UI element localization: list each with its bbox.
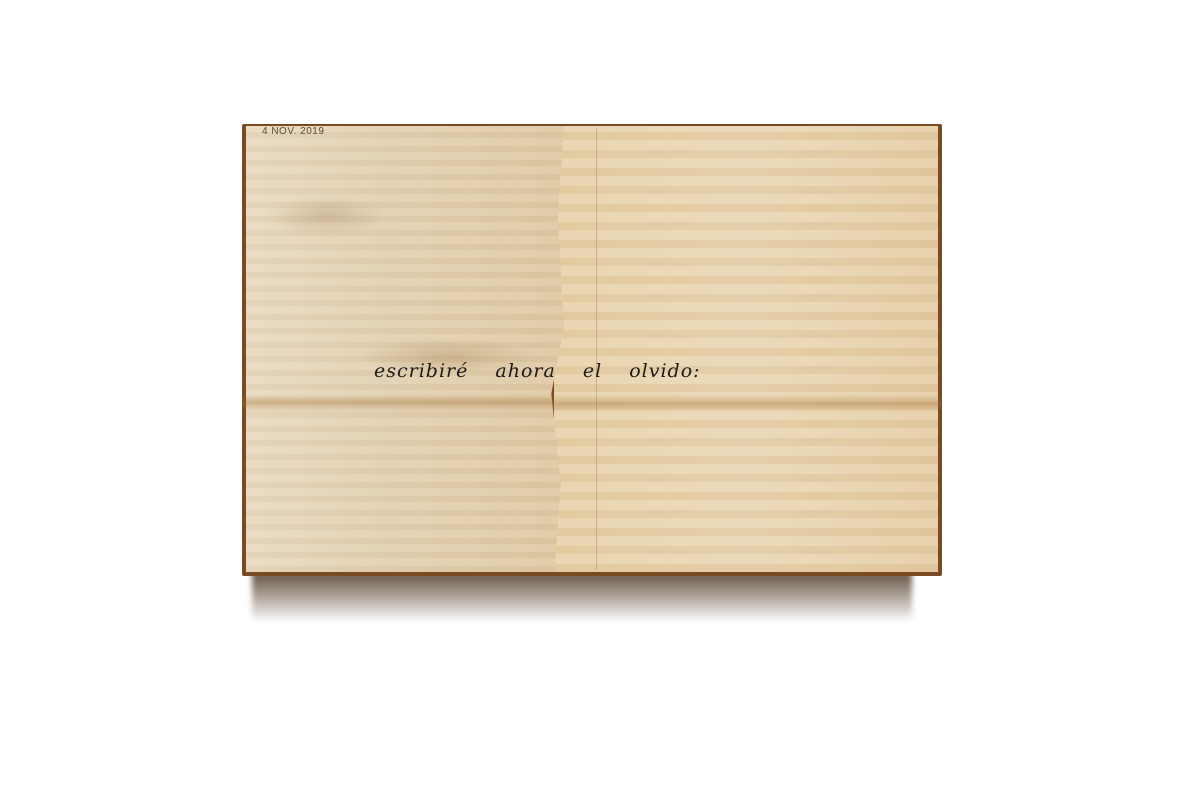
photo-scene: 4 NOV. 2019 escribiré ahora el olvido:: [0, 0, 1200, 785]
book-shadow: [252, 572, 912, 622]
left-page: [246, 126, 564, 572]
open-notebook: [242, 124, 942, 576]
page-fold: [596, 128, 597, 570]
water-stain: [242, 394, 942, 412]
handwritten-line: escribiré ahora el olvido:: [374, 360, 701, 382]
date-stamp: 4 NOV. 2019: [262, 126, 324, 137]
right-page: [554, 126, 938, 572]
